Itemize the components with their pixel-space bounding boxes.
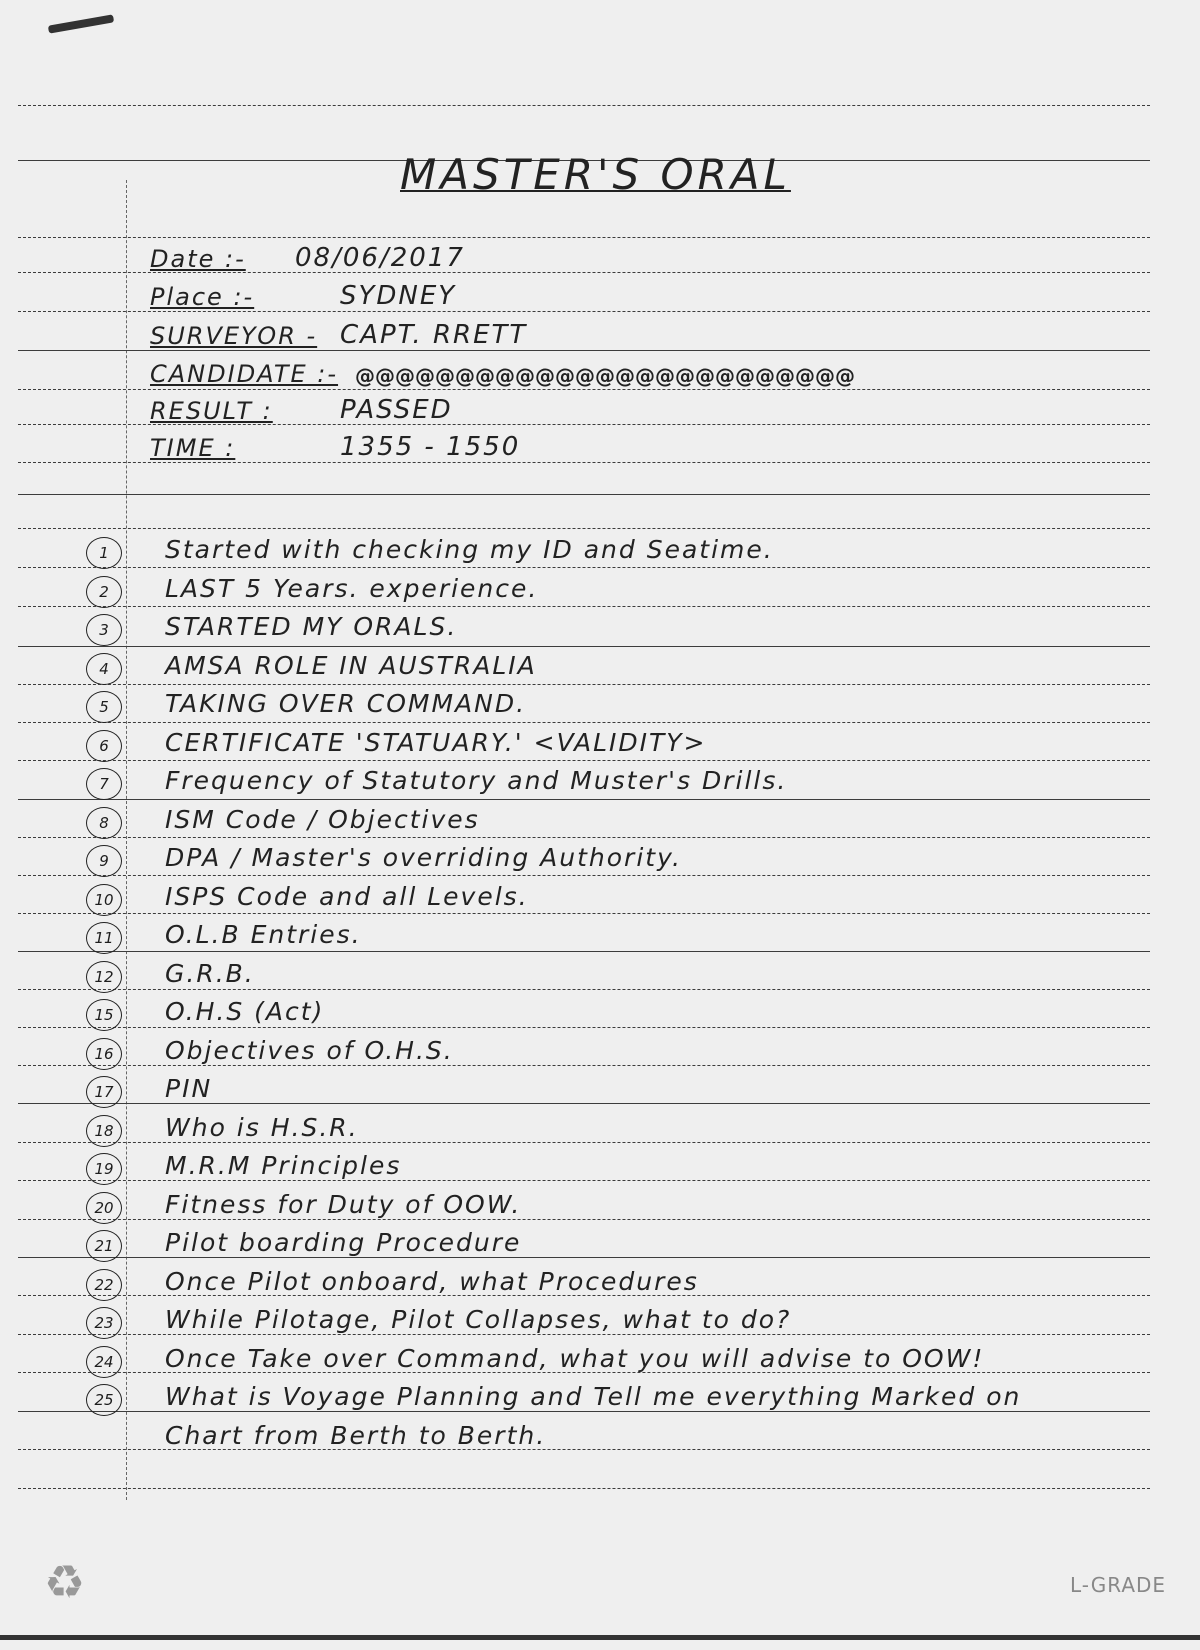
item-number: 7 bbox=[86, 768, 122, 800]
ruled-line bbox=[18, 311, 1150, 312]
item-number: 19 bbox=[86, 1153, 122, 1185]
item-number: 6 bbox=[86, 730, 122, 762]
list-item: Who is H.S.R. bbox=[165, 1113, 359, 1142]
item-number: 16 bbox=[86, 1038, 122, 1070]
ruled-line bbox=[18, 1142, 1150, 1143]
item-number: 23 bbox=[86, 1307, 122, 1339]
item-number: 5 bbox=[86, 691, 122, 723]
list-item: CERTIFICATE 'STATUARY.' <VALIDITY> bbox=[165, 728, 707, 757]
list-item: ISM Code / Objectives bbox=[165, 805, 480, 834]
recycle-icon: ♻ bbox=[44, 1555, 85, 1609]
item-number: 9 bbox=[86, 845, 122, 877]
list-item: AMSA ROLE IN AUSTRALIA bbox=[165, 651, 537, 680]
ruled-line bbox=[18, 951, 1150, 952]
field-value: @@@@@@@@@@@@@@@@@@@@@@@@@ bbox=[355, 364, 855, 388]
ruled-line bbox=[18, 989, 1150, 990]
ruled-line bbox=[18, 837, 1150, 838]
scan-edge bbox=[0, 1635, 1200, 1640]
ruled-line bbox=[18, 606, 1150, 607]
item-number: 20 bbox=[86, 1192, 122, 1224]
scanned-page: MASTER'S ORAL Date :-08/06/2017Place :-S… bbox=[0, 0, 1200, 1650]
field-value: SYDNEY bbox=[340, 281, 456, 311]
item-number: 21 bbox=[86, 1230, 122, 1262]
ruled-line bbox=[18, 1488, 1150, 1489]
pen-mark bbox=[48, 14, 114, 33]
ruled-line bbox=[18, 105, 1150, 106]
list-item: Started with checking my ID and Seatime. bbox=[165, 535, 774, 564]
ruled-line bbox=[18, 684, 1150, 685]
list-item: Frequency of Statutory and Muster's Dril… bbox=[165, 766, 787, 795]
ruled-line bbox=[18, 722, 1150, 723]
ruled-line bbox=[18, 1219, 1150, 1220]
field-value: 1355 - 1550 bbox=[340, 432, 520, 462]
list-item: O.H.S (Act) bbox=[165, 997, 324, 1026]
list-item: LAST 5 Years. experience. bbox=[165, 574, 538, 603]
ruled-line bbox=[18, 1180, 1150, 1181]
item-number: 3 bbox=[86, 614, 122, 646]
field-label: SURVEYOR - bbox=[150, 322, 317, 350]
item-number: 22 bbox=[86, 1269, 122, 1301]
ruled-line bbox=[18, 567, 1150, 568]
list-item: Fitness for Duty of OOW. bbox=[165, 1190, 521, 1219]
field-label: RESULT : bbox=[150, 397, 273, 425]
field-value: 08/06/2017 bbox=[295, 243, 465, 273]
ruled-line bbox=[18, 462, 1150, 463]
ruled-line bbox=[18, 760, 1150, 761]
ruled-line bbox=[18, 875, 1150, 876]
item-number: 18 bbox=[86, 1115, 122, 1147]
list-item: Objectives of O.H.S. bbox=[165, 1036, 454, 1065]
list-item: ISPS Code and all Levels. bbox=[165, 882, 529, 911]
ruled-line bbox=[18, 1103, 1150, 1104]
ruled-line bbox=[18, 1334, 1150, 1335]
ruled-line bbox=[18, 913, 1150, 914]
list-item: Chart from Berth to Berth. bbox=[165, 1421, 546, 1450]
item-number: 10 bbox=[86, 884, 122, 916]
list-item: Once Take over Command, what you will ad… bbox=[165, 1344, 984, 1373]
field-value: PASSED bbox=[340, 395, 453, 425]
ruled-line bbox=[18, 646, 1150, 647]
field-label: TIME : bbox=[150, 434, 235, 462]
ruled-line bbox=[18, 1257, 1150, 1258]
list-item: Once Pilot onboard, what Procedures bbox=[165, 1267, 699, 1296]
ruled-line bbox=[18, 1027, 1150, 1028]
field-label: CANDIDATE :- bbox=[150, 360, 338, 388]
list-item: M.R.M Principles bbox=[165, 1151, 401, 1180]
ruled-line bbox=[18, 528, 1150, 529]
list-item: What is Voyage Planning and Tell me ever… bbox=[165, 1382, 1021, 1411]
field-value: CAPT. RRETT bbox=[340, 320, 527, 350]
page-title: MASTER'S ORAL bbox=[400, 150, 791, 199]
item-number: 1 bbox=[86, 537, 122, 569]
list-item: O.L.B Entries. bbox=[165, 920, 362, 949]
list-item: Pilot boarding Procedure bbox=[165, 1228, 521, 1257]
brand-mark: L-GRADE bbox=[1070, 1573, 1166, 1597]
ruled-line bbox=[18, 494, 1150, 495]
item-number: 17 bbox=[86, 1076, 122, 1108]
list-item: While Pilotage, Pilot Collapses, what to… bbox=[165, 1305, 791, 1334]
item-number: 12 bbox=[86, 961, 122, 993]
list-item: DPA / Master's overriding Authority. bbox=[165, 843, 682, 872]
list-item: G.R.B. bbox=[165, 959, 255, 988]
item-number: 8 bbox=[86, 807, 122, 839]
ruled-line bbox=[18, 389, 1150, 390]
ruled-line bbox=[18, 237, 1150, 238]
field-label: Date :- bbox=[150, 245, 246, 273]
ruled-line bbox=[18, 1411, 1150, 1412]
item-number: 15 bbox=[86, 999, 122, 1031]
ruled-line bbox=[18, 350, 1150, 351]
ruled-line bbox=[18, 799, 1150, 800]
ruled-line bbox=[18, 1065, 1150, 1066]
list-item: TAKING OVER COMMAND. bbox=[165, 689, 526, 718]
item-number: 2 bbox=[86, 576, 122, 608]
list-item: STARTED MY ORALS. bbox=[165, 612, 457, 641]
field-label: Place :- bbox=[150, 283, 254, 311]
item-number: 24 bbox=[86, 1346, 122, 1378]
item-number: 11 bbox=[86, 922, 122, 954]
list-item: PIN bbox=[165, 1074, 212, 1103]
item-number: 25 bbox=[86, 1384, 122, 1416]
margin-line bbox=[126, 180, 127, 1500]
item-number: 4 bbox=[86, 653, 122, 685]
